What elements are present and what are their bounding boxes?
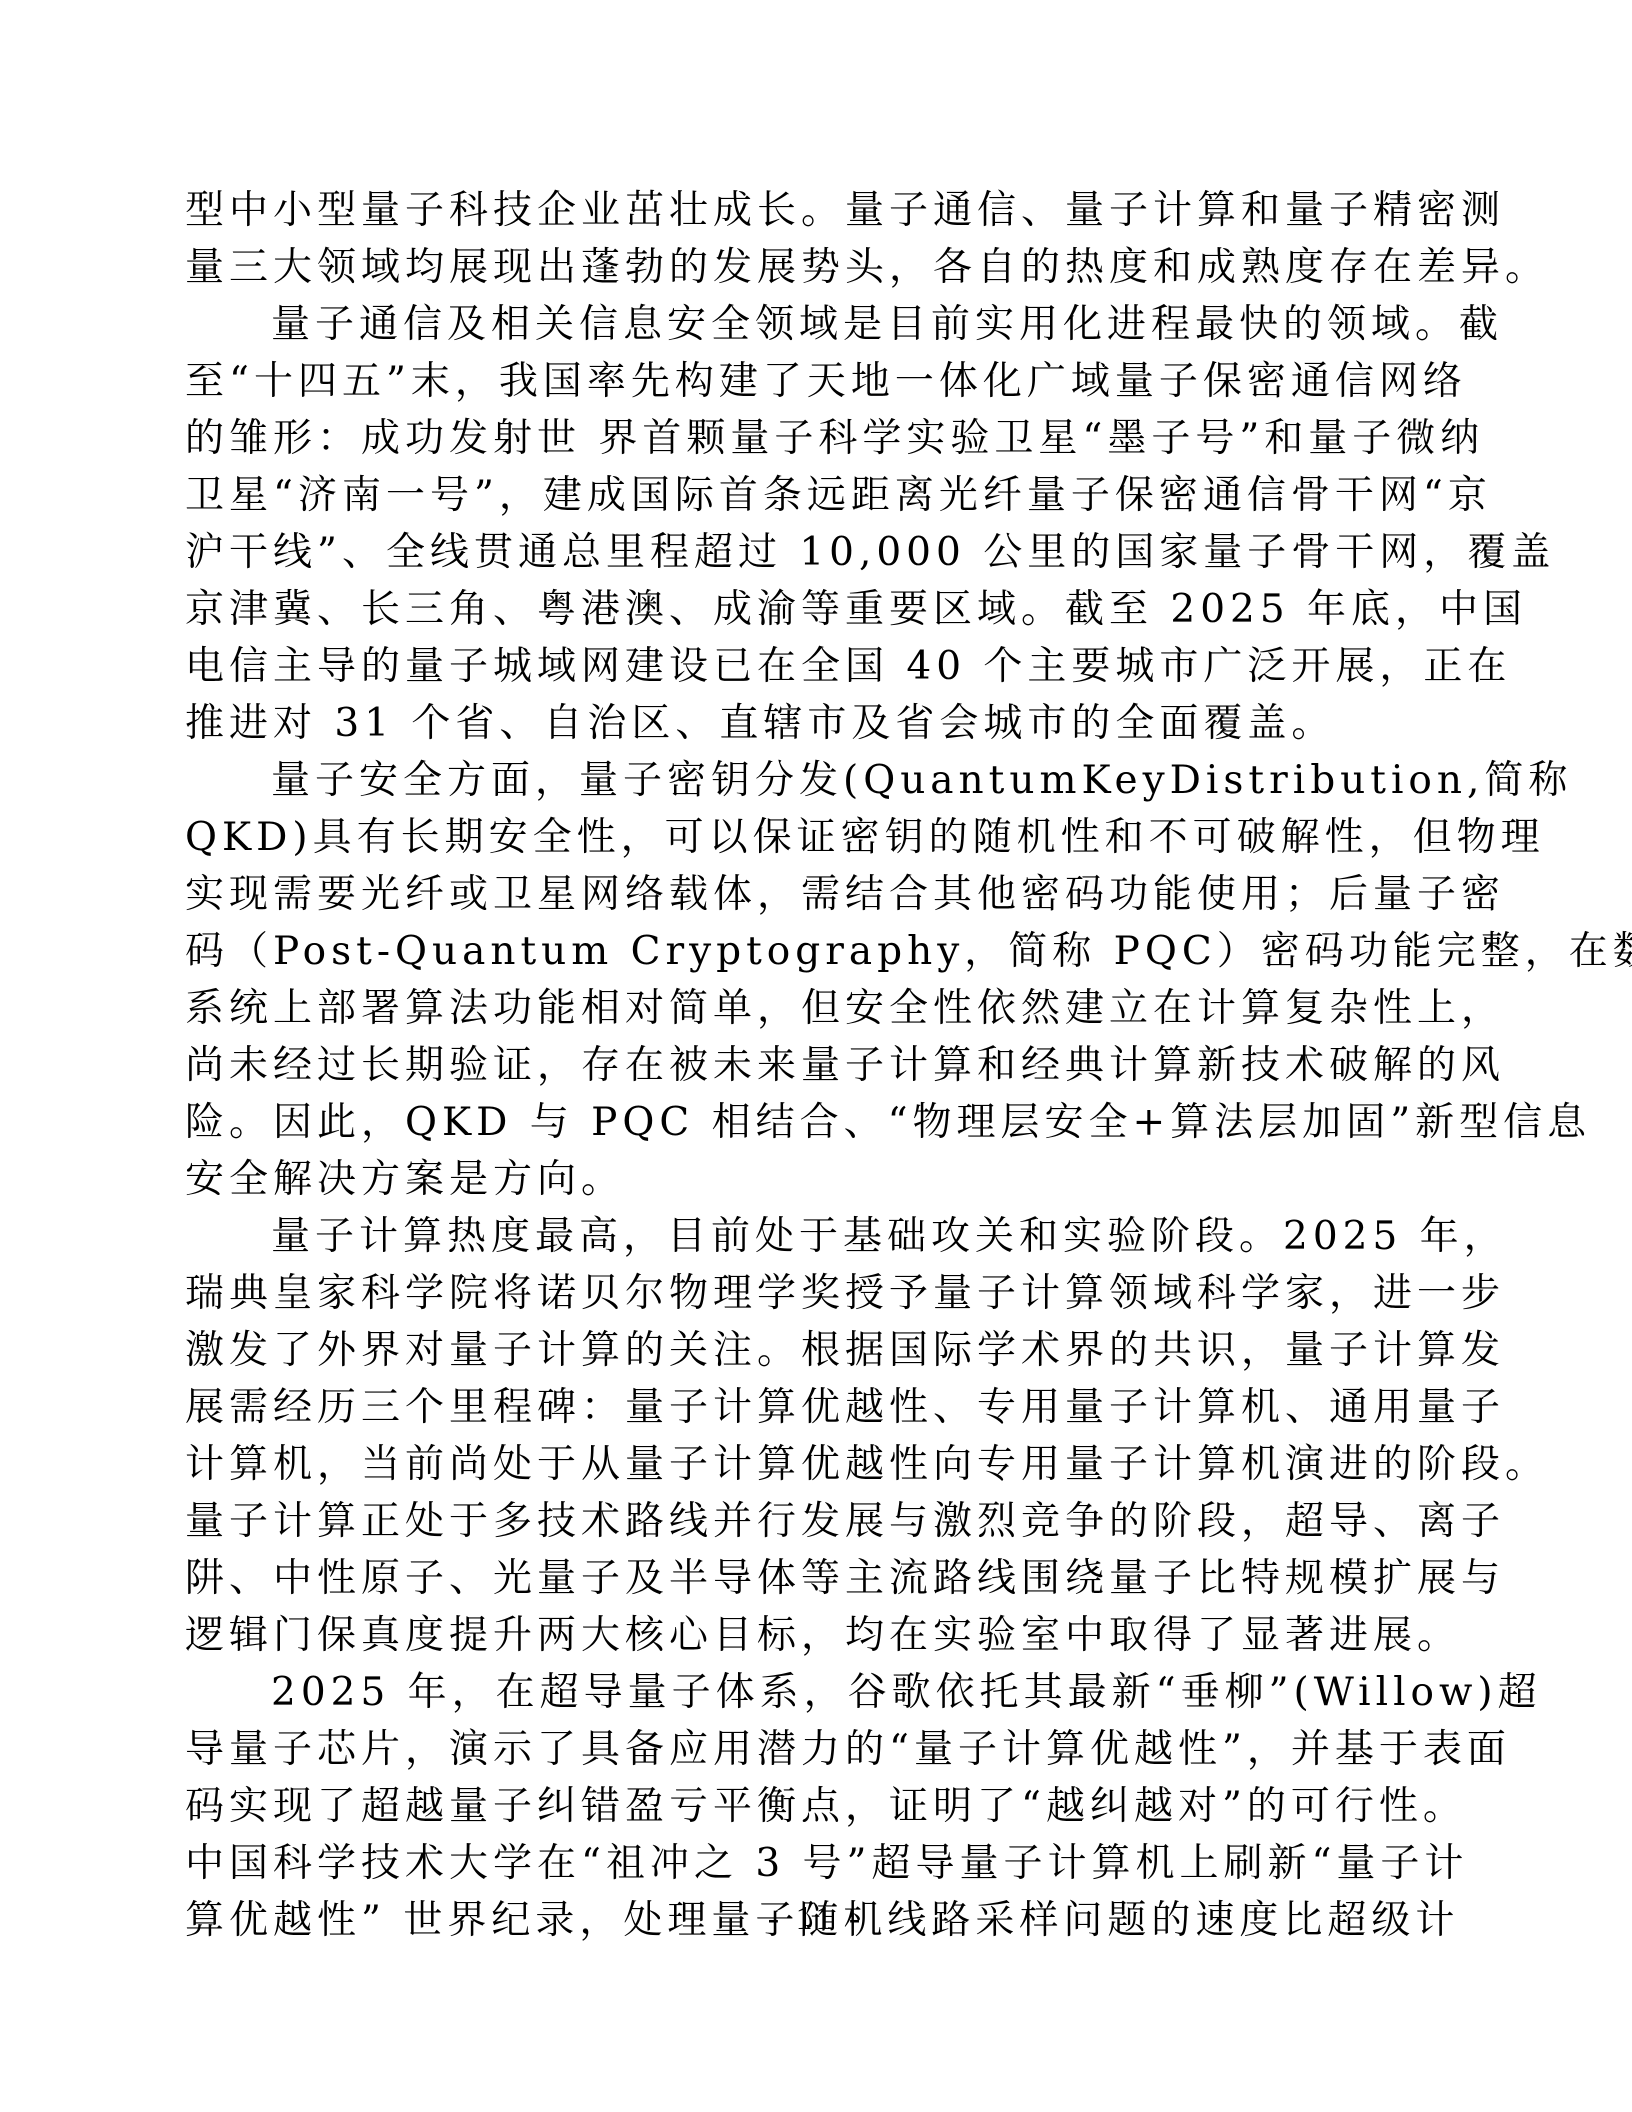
text-line: 量子通信及相关信息安全领域是目前实用化进程最快的领域。截 [185,296,1447,353]
text-line: 安全解决方案是方向。 [185,1151,1447,1208]
text-line: 瑞典皇家科学院将诺贝尔物理学奖授予量子计算领域科学家，进一步 [185,1265,1447,1322]
paragraph-quantum-computing: 量子计算热度最高，目前处于基础攻关和实验阶段。2025 年， 瑞典皇家科学院将诺… [185,1208,1447,1664]
text-line: 推进对 31 个省、自治区、直辖市及省会城市的全面覆盖。 [185,695,1447,752]
text-line: 逻辑门保真度提升两大核心目标，均在实验室中取得了显著进展。 [185,1607,1447,1664]
text-line: 电信主导的量子城域网建设已在全国 40 个主要城市广泛开展，正在 [185,638,1447,695]
text-line: 京津冀、长三角、粤港澳、成渝等重要区域。截至 2025 年底，中国 [185,581,1447,638]
text-line: 实现需要光纤或卫星网络载体，需结合其他密码功能使用；后量子密 [185,866,1447,923]
text-line: 量子计算正处于多技术路线并行发展与激烈竞争的阶段，超导、离子 [185,1493,1447,1550]
text-line: 量子安全方面，量子密钥分发(QuantumKeyDistribution,简称 [185,752,1447,809]
text-line: 险。因此，QKD 与 PQC 相结合、“物理层安全+算法层加固”新型信息 [185,1094,1447,1151]
text-line: 展需经历三个里程碑：量子计算优越性、专用量子计算机、通用量子 [185,1379,1447,1436]
text-line: 阱、中性原子、光量子及半导体等主流路线围绕量子比特规模扩展与 [185,1550,1447,1607]
text-line: 2025 年，在超导量子体系，谷歌依托其最新“垂柳”(Willow)超 [185,1664,1447,1721]
text-line: 中国科学技术大学在“祖冲之 3 号”超导量子计算机上刷新“量子计 [185,1835,1447,1892]
text-line: 量子计算热度最高，目前处于基础攻关和实验阶段。2025 年， [185,1208,1447,1265]
body-text: 型中小型量子科技企业茁壮成长。量子通信、量子计算和量子精密测 量三大领域均展现出… [185,182,1447,1949]
text-line: 尚未经过长期验证，存在被未来量子计算和经典计算新技术破解的风 [185,1037,1447,1094]
page-number: - 11 - [0,1900,1632,1938]
text-line: 码（Post-Quantum Cryptography，简称 PQC）密码功能完… [185,923,1447,980]
paragraph-quantum-communication: 量子通信及相关信息安全领域是目前实用化进程最快的领域。截 至“十四五”末，我国率… [185,296,1447,752]
text-line: 导量子芯片，演示了具备应用潜力的“量子计算优越性”，并基于表面 [185,1721,1447,1778]
text-line: 系统上部署算法功能相对简单，但安全性依然建立在计算复杂性上， [185,980,1447,1037]
text-line: 的雏形：成功发射世 界首颗量子科学实验卫星“墨子号”和量子微纳 [185,410,1447,467]
text-line: 型中小型量子科技企业茁壮成长。量子通信、量子计算和量子精密测 [185,182,1447,239]
text-line: 计算机，当前尚处于从量子计算优越性向专用量子计算机演进的阶段。 [185,1436,1447,1493]
document-page: 型中小型量子科技企业茁壮成长。量子通信、量子计算和量子精密测 量三大领域均展现出… [0,0,1632,2112]
text-line: 码实现了超越量子纠错盈亏平衡点，证明了“越纠越对”的可行性。 [185,1778,1447,1835]
text-line: 激发了外界对量子计算的关注。根据国际学术界的共识，量子计算发 [185,1322,1447,1379]
text-line: 至“十四五”末，我国率先构建了天地一体化广域量子保密通信网络 [185,353,1447,410]
paragraph-quantum-security: 量子安全方面，量子密钥分发(QuantumKeyDistribution,简称 … [185,752,1447,1208]
text-line: 沪干线”、全线贯通总里程超过 10,000 公里的国家量子骨干网，覆盖 [185,524,1447,581]
text-line: 卫星“济南一号”，建成国际首条远距离光纤量子保密通信骨干网“京 [185,467,1447,524]
text-line: 量三大领域均展现出蓬勃的发展势头，各自的热度和成熟度存在差异。 [185,239,1447,296]
text-line: QKD)具有长期安全性，可以保证密钥的随机性和不可破解性，但物理 [185,809,1447,866]
paragraph-ecosystem: 型中小型量子科技企业茁壮成长。量子通信、量子计算和量子精密测 量三大领域均展现出… [185,182,1447,296]
